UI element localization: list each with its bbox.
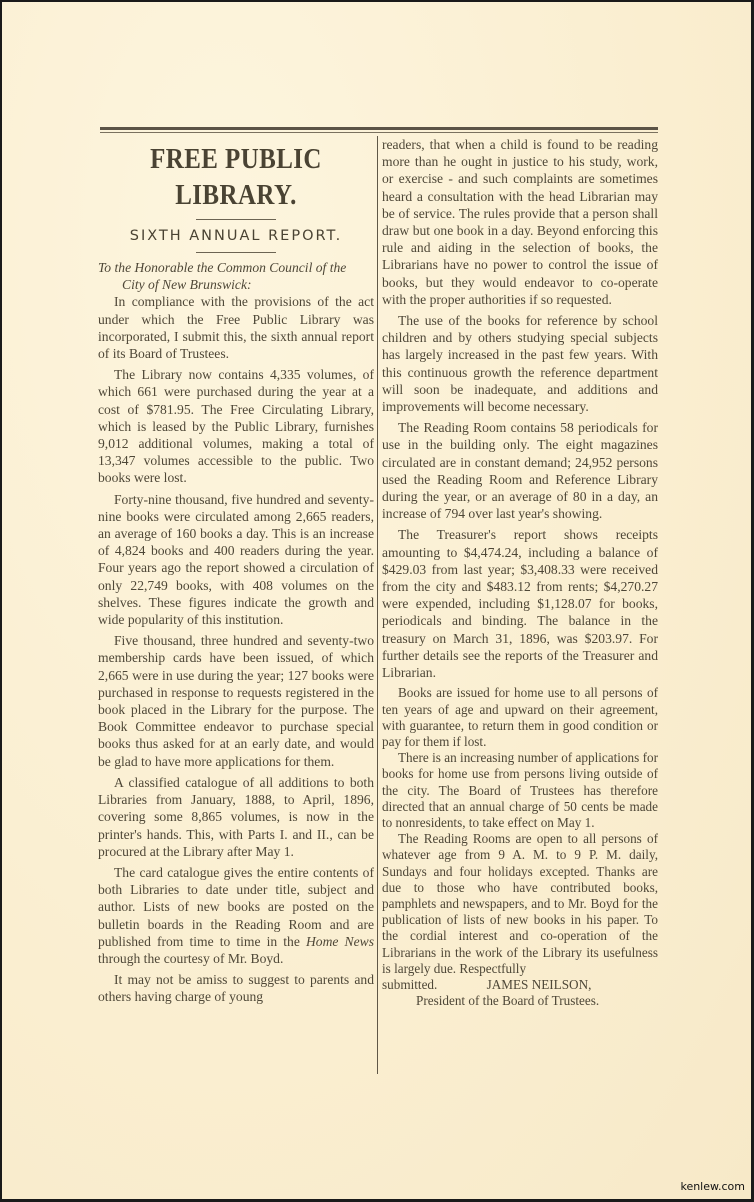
closing-word: submitted. — [382, 977, 437, 992]
column-divider — [377, 136, 378, 1074]
paragraph-card-catalogue: The card catalogue gives the entire cont… — [98, 864, 374, 967]
paragraph-home-use: Books are issued for home use to all per… — [382, 685, 658, 750]
paragraph-treasurer: The Treasurer's report shows receipts am… — [382, 526, 658, 681]
page-title: FREE PUBLIC LIBRARY. — [100, 141, 372, 213]
left-column: FREE PUBLIC LIBRARY. SIXTH ANNUAL REPORT… — [98, 136, 374, 1006]
paragraph-catalogue: A classified catalogue of all additions … — [98, 774, 374, 860]
signature-row: submitted. JAMES NEILSON, — [382, 977, 658, 993]
header-rule — [100, 127, 658, 130]
salutation: To the Honorable the Common Council of t… — [98, 259, 374, 293]
right-column: readers, that when a child is found to b… — [382, 136, 658, 1009]
paragraph-parents: It may not be amiss to suggest to parent… — [98, 971, 374, 1005]
salutation-line-2: City of New Brunswick: — [98, 276, 374, 293]
paragraph-nonresidents: There is an increasing number of applica… — [382, 750, 658, 831]
signatory-name: JAMES NEILSON, — [441, 977, 592, 992]
paragraph-volumes: The Library now contains 4,335 volumes, … — [98, 366, 374, 486]
tight-section: Books are issued for home use to all per… — [382, 685, 658, 1009]
newspaper-title: Home News — [306, 934, 374, 949]
card-catalogue-text-end: through the courtesy of Mr. Boyd. — [98, 951, 283, 966]
header-rule-thin — [100, 132, 658, 133]
signatory-title: President of the Board of Trustees. — [382, 993, 658, 1009]
subtitle-rule — [196, 252, 276, 253]
paragraph-reading-room: The Reading Room contains 58 periodicals… — [382, 419, 658, 522]
paragraph-circulation: Forty-nine thousand, five hundred and se… — [98, 491, 374, 629]
paragraph-hours-thanks: The Reading Rooms are open to all person… — [382, 831, 658, 977]
paragraph-compliance: In compliance with the provisions of the… — [98, 293, 374, 362]
paragraph-membership: Five thousand, three hundred and seventy… — [98, 632, 374, 770]
paragraph-readers-continued: readers, that when a child is found to b… — [382, 136, 658, 308]
scanned-page: FREE PUBLIC LIBRARY. SIXTH ANNUAL REPORT… — [2, 2, 751, 1199]
report-subtitle: SIXTH ANNUAL REPORT. — [98, 226, 374, 246]
title-rule — [196, 219, 276, 220]
salutation-line-1: To the Honorable the Common Council of t… — [98, 260, 346, 275]
watermark: kenlew.com — [680, 1180, 745, 1193]
paragraph-reference: The use of the books for reference by sc… — [382, 312, 658, 415]
